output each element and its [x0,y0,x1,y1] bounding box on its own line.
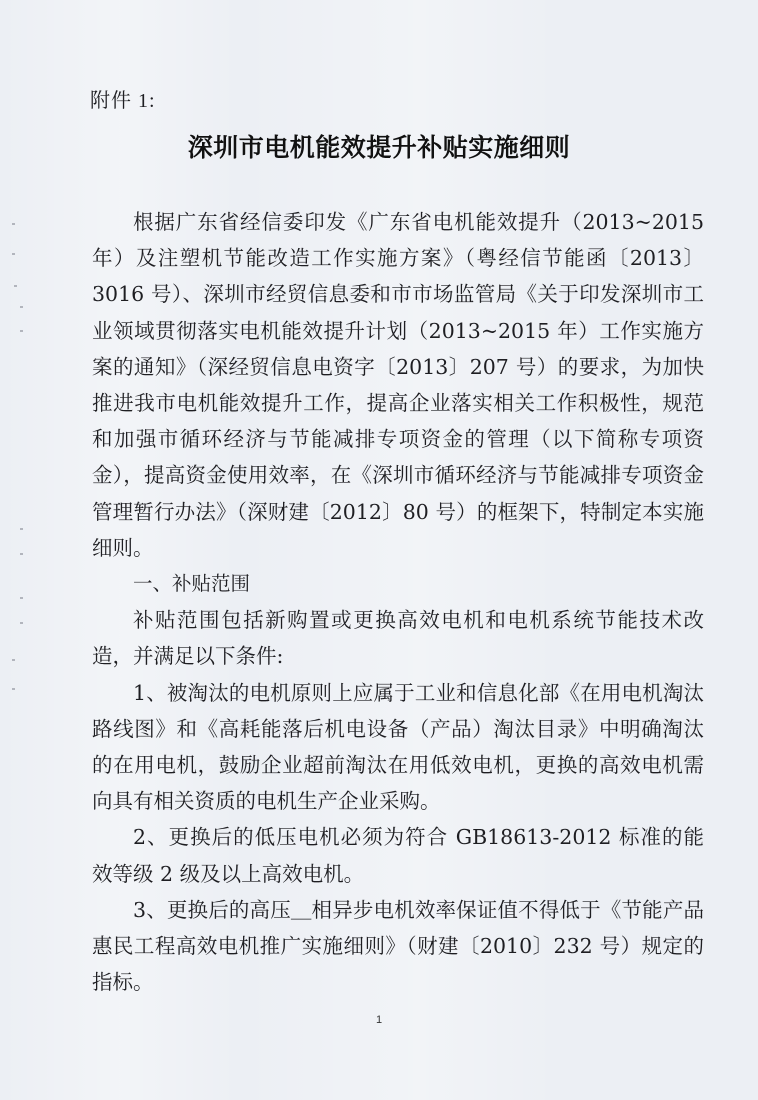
condition-item: 1、被淘汰的电机原则上应属于工业和信息化部《在用电机淘汰路线图》和《高耗能落后机… [92,675,704,820]
scan-speck [20,622,23,624]
scan-speck [20,553,23,555]
attachment-label: 附件 1: [90,84,156,113]
section-intro: 补贴范围包括新购置或更换高效电机和电机系统节能技术改造，并满足以下条件: [92,602,704,674]
scan-speck [12,253,15,255]
scan-speck [12,688,15,690]
scan-speck [20,306,23,308]
scanned-page: 附件 1: 深圳市电机能效提升补贴实施细则 根据广东省经信委印发《广东省电机能效… [0,0,758,1100]
condition-item: 2、更换后的低压电机必须为符合 GB18613-2012 标准的能效等级 2 级… [92,819,704,891]
scan-speck [12,223,15,225]
intro-paragraph: 根据广东省经信委印发《广东省电机能效提升（2013~2015 年）及注塑机节能改… [92,204,704,566]
scan-speck [20,528,23,530]
scan-speck [14,285,17,287]
scan-speck [20,330,23,332]
page-number: 1 [0,1014,758,1026]
document-title: 深圳市电机能效提升补贴实施细则 [0,128,758,164]
scan-speck [20,597,23,599]
document-body: 根据广东省经信委印发《广东省电机能效提升（2013~2015 年）及注塑机节能改… [92,204,704,1000]
scan-speck [12,659,15,661]
condition-item: 3、更换后的高压＿相异步电机效率保证值不得低于《节能产品惠民工程高效电机推广实施… [92,892,704,1001]
section-heading: 一、补贴范围 [92,566,704,602]
